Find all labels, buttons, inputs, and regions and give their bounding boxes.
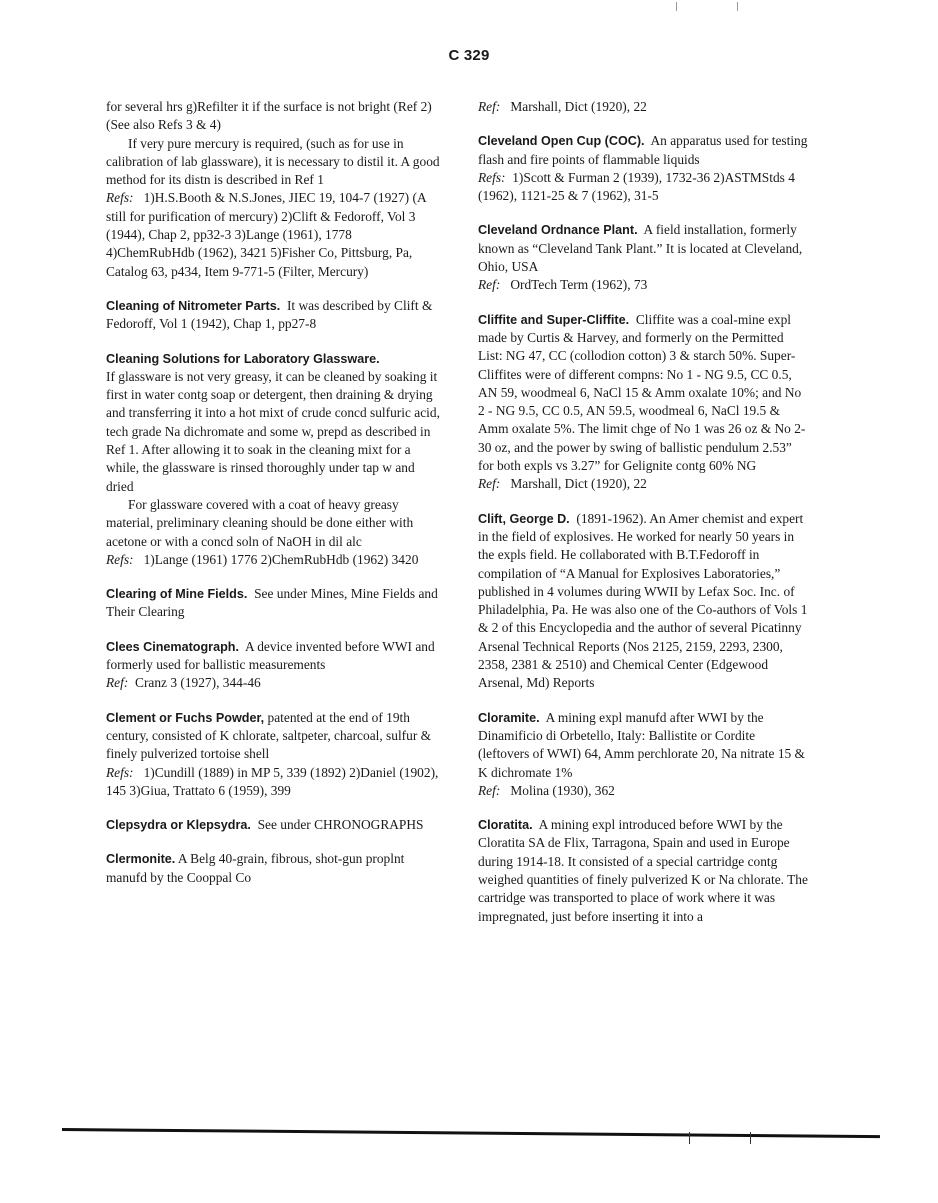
entry-continuation: Ref: Marshall, Dict (1920), 22 <box>478 98 808 116</box>
entry-clepsydra: Clepsydra or Klepsydra. See under CHRONO… <box>106 816 442 834</box>
references: Ref: Marshall, Dict (1920), 22 <box>478 475 808 493</box>
refs-label: Ref: <box>478 277 500 292</box>
entry-clees-cinematograph: Clees Cinematograph. A device invented b… <box>106 638 442 693</box>
entry-title: Clepsydra or Klepsydra. <box>106 818 251 832</box>
entry-title: Cleaning Solutions for Laboratory Glassw… <box>106 350 442 368</box>
scan-mark <box>689 1132 690 1144</box>
refs-text: Molina (1930), 362 <box>510 783 615 798</box>
entry-title: Cliffite and Super-Cliffite. <box>478 313 629 327</box>
refs-label: Ref: <box>106 675 128 690</box>
refs-text: 1)Scott & Furman 2 (1939), 1732-36 2)AST… <box>478 170 795 203</box>
entry-text: For glassware covered with a coat of hea… <box>106 496 442 551</box>
entry-text: See under CHRONOGRAPHS <box>258 817 424 832</box>
refs-label: Ref: <box>478 476 500 491</box>
references: Ref: Cranz 3 (1927), 344-46 <box>106 674 442 692</box>
entry-cleveland-open-cup: Cleveland Open Cup (COC). An apparatus u… <box>478 132 808 205</box>
refs-text: Marshall, Dict (1920), 22 <box>510 99 646 114</box>
entry-clement-fuchs-powder: Clement or Fuchs Powder, patented at the… <box>106 709 442 800</box>
refs-text: 1)Cundill (1889) in MP 5, 339 (1892) 2)D… <box>106 765 438 798</box>
body-text: for several hrs g)Refilter it if the sur… <box>106 98 442 135</box>
body-text: If very pure mercury is required, (such … <box>106 135 442 190</box>
entry-text: Cliffite was a coal-mine expl made by Cu… <box>478 312 805 473</box>
entry-text: If glassware is not very greasy, it can … <box>106 368 442 496</box>
entry-title: Clees Cinematograph. <box>106 640 239 654</box>
scan-mark <box>676 2 677 11</box>
entry-cloratita: Cloratita. A mining expl introduced befo… <box>478 816 808 926</box>
references: Refs: 1)Lange (1961) 1776 2)ChemRubHdb (… <box>106 551 442 569</box>
references: Ref: Marshall, Dict (1920), 22 <box>478 98 808 116</box>
references: Ref: Molina (1930), 362 <box>478 782 808 800</box>
refs-text: 1)H.S.Booth & N.S.Jones, JIEC 19, 104-7 … <box>106 190 426 278</box>
refs-text: 1)Lange (1961) 1776 2)ChemRubHdb (1962) … <box>144 552 419 567</box>
entry-cliffite: Cliffite and Super-Cliffite. Cliffite wa… <box>478 311 808 494</box>
entry-title: Clermonite. <box>106 852 175 866</box>
footer-rule <box>62 1128 880 1138</box>
left-column: for several hrs g)Refilter it if the sur… <box>106 98 442 903</box>
refs-text: Marshall, Dict (1920), 22 <box>510 476 646 491</box>
entry-clermonite: Clermonite. A Belg 40-grain, fibrous, sh… <box>106 850 442 887</box>
right-column: Ref: Marshall, Dict (1920), 22 Cleveland… <box>478 98 808 942</box>
entry-clearing-mine-fields: Clearing of Mine Fields. See under Mines… <box>106 585 442 622</box>
refs-label: Refs: <box>106 552 134 567</box>
entry-clift-george: Clift, George D. (1891-1962). An Amer ch… <box>478 510 808 693</box>
scan-mark <box>750 1132 751 1144</box>
entry-title: Cloramite. <box>478 711 540 725</box>
entry-title: Clift, George D. <box>478 512 570 526</box>
references: Ref: OrdTech Term (1962), 73 <box>478 276 808 294</box>
refs-label: Refs: <box>106 765 134 780</box>
refs-label: Refs: <box>478 170 506 185</box>
entry-cleaning-solutions: Cleaning Solutions for Laboratory Glassw… <box>106 350 442 570</box>
entry-title: Cloratita. <box>478 818 533 832</box>
refs-text: Cranz 3 (1927), 344-46 <box>135 675 261 690</box>
entry-cleveland-ordnance-plant: Cleveland Ordnance Plant. A field instal… <box>478 221 808 294</box>
scan-mark <box>737 2 738 11</box>
entry-title: Clement or Fuchs Powder, <box>106 711 264 725</box>
entry-title: Cleaning of Nitrometer Parts. <box>106 299 280 313</box>
entry-text: A mining expl introduced before WWI by t… <box>478 817 808 923</box>
entry-continuation: for several hrs g)Refilter it if the sur… <box>106 98 442 281</box>
entry-title: Cleveland Ordnance Plant. <box>478 223 638 237</box>
refs-label: Ref: <box>478 783 500 798</box>
refs-label: Refs: <box>106 190 134 205</box>
entry-title: Cleveland Open Cup (COC). <box>478 134 645 148</box>
refs-text: OrdTech Term (1962), 73 <box>510 277 647 292</box>
references: Refs: 1)H.S.Booth & N.S.Jones, JIEC 19, … <box>106 189 442 280</box>
entry-cloramite: Cloramite. A mining expl manufd after WW… <box>478 709 808 800</box>
entry-title: Clearing of Mine Fields. <box>106 587 247 601</box>
page-number: C 329 <box>0 47 938 64</box>
entry-cleaning-nitrometer: Cleaning of Nitrometer Parts. It was des… <box>106 297 442 334</box>
refs-label: Ref: <box>478 99 500 114</box>
references: Refs: 1)Scott & Furman 2 (1939), 1732-36… <box>478 169 808 206</box>
entry-text: (1891-1962). An Amer chemist and expert … <box>478 511 807 691</box>
references: Refs: 1)Cundill (1889) in MP 5, 339 (189… <box>106 764 442 801</box>
